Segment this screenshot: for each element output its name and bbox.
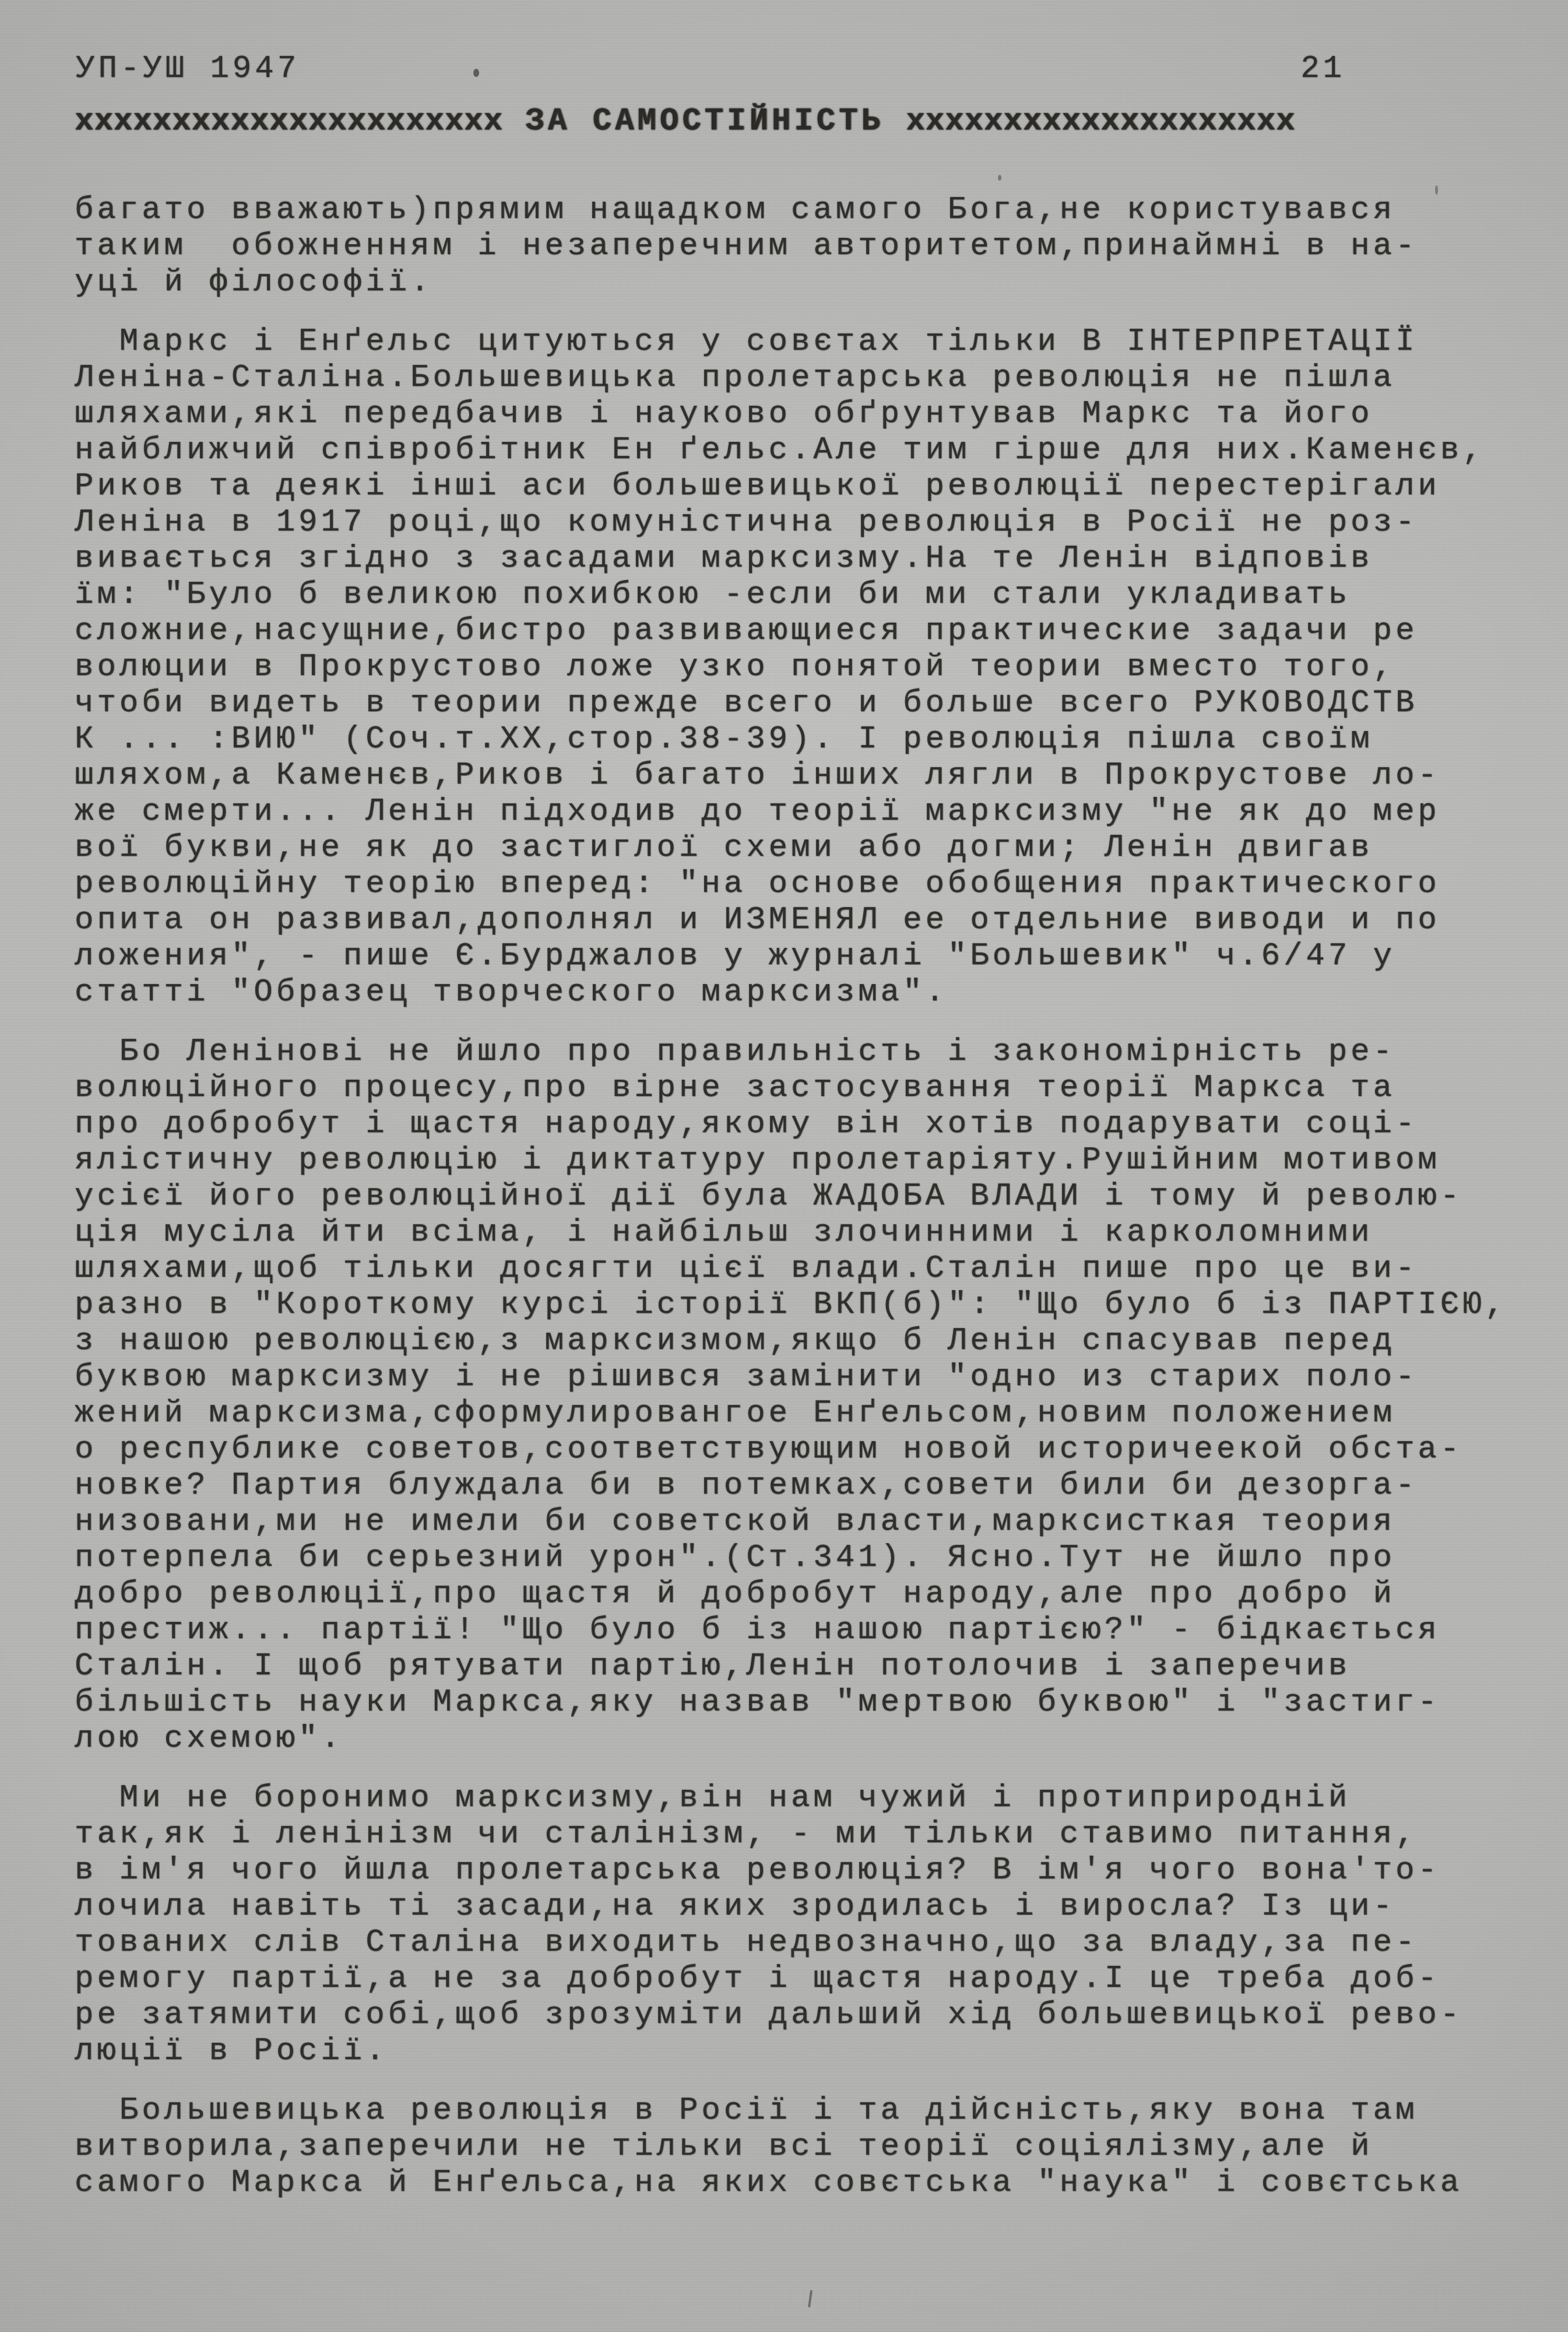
- masthead-title: ЗА САМОСТІЙНІСТЬ: [503, 104, 906, 139]
- scan-speck: [1435, 185, 1438, 195]
- scan-speck: [998, 175, 1001, 181]
- page-number: 21: [1300, 51, 1345, 87]
- masthead-right-rule: хххххххххххххххххххх: [906, 104, 1295, 139]
- scanned-page: УП-УШ 1947 21 хххххххххххххххххххххх ЗА …: [0, 0, 1568, 2332]
- scan-speck: [473, 69, 479, 77]
- issue-label: УП-УШ 1947: [76, 51, 300, 87]
- paragraph: Большевицька революція в Росії і та дійс…: [75, 2093, 1509, 2201]
- paragraph: Ми не боронимо марксизму,він нам чужий і…: [75, 1780, 1509, 2070]
- masthead-left-rule: хххххххххххххххххххххх: [75, 104, 503, 139]
- masthead: хххххххххххххххххххххх ЗА САМОСТІЙНІСТЬ …: [75, 104, 1295, 140]
- page-header: УП-УШ 1947 21: [76, 51, 1568, 87]
- paragraph: Бо Ленінові не йшло про правильність і з…: [75, 1034, 1509, 1757]
- scan-speck: [239, 852, 244, 857]
- paragraph: Маркс і Енґельс цитуються у совєтах тіль…: [75, 324, 1509, 1011]
- scan-speck: [808, 2290, 813, 2308]
- paragraph: багато вважають)прямим нащадком самого Б…: [75, 192, 1509, 301]
- document-body: багато вважають)прямим нащадком самого Б…: [75, 192, 1509, 2225]
